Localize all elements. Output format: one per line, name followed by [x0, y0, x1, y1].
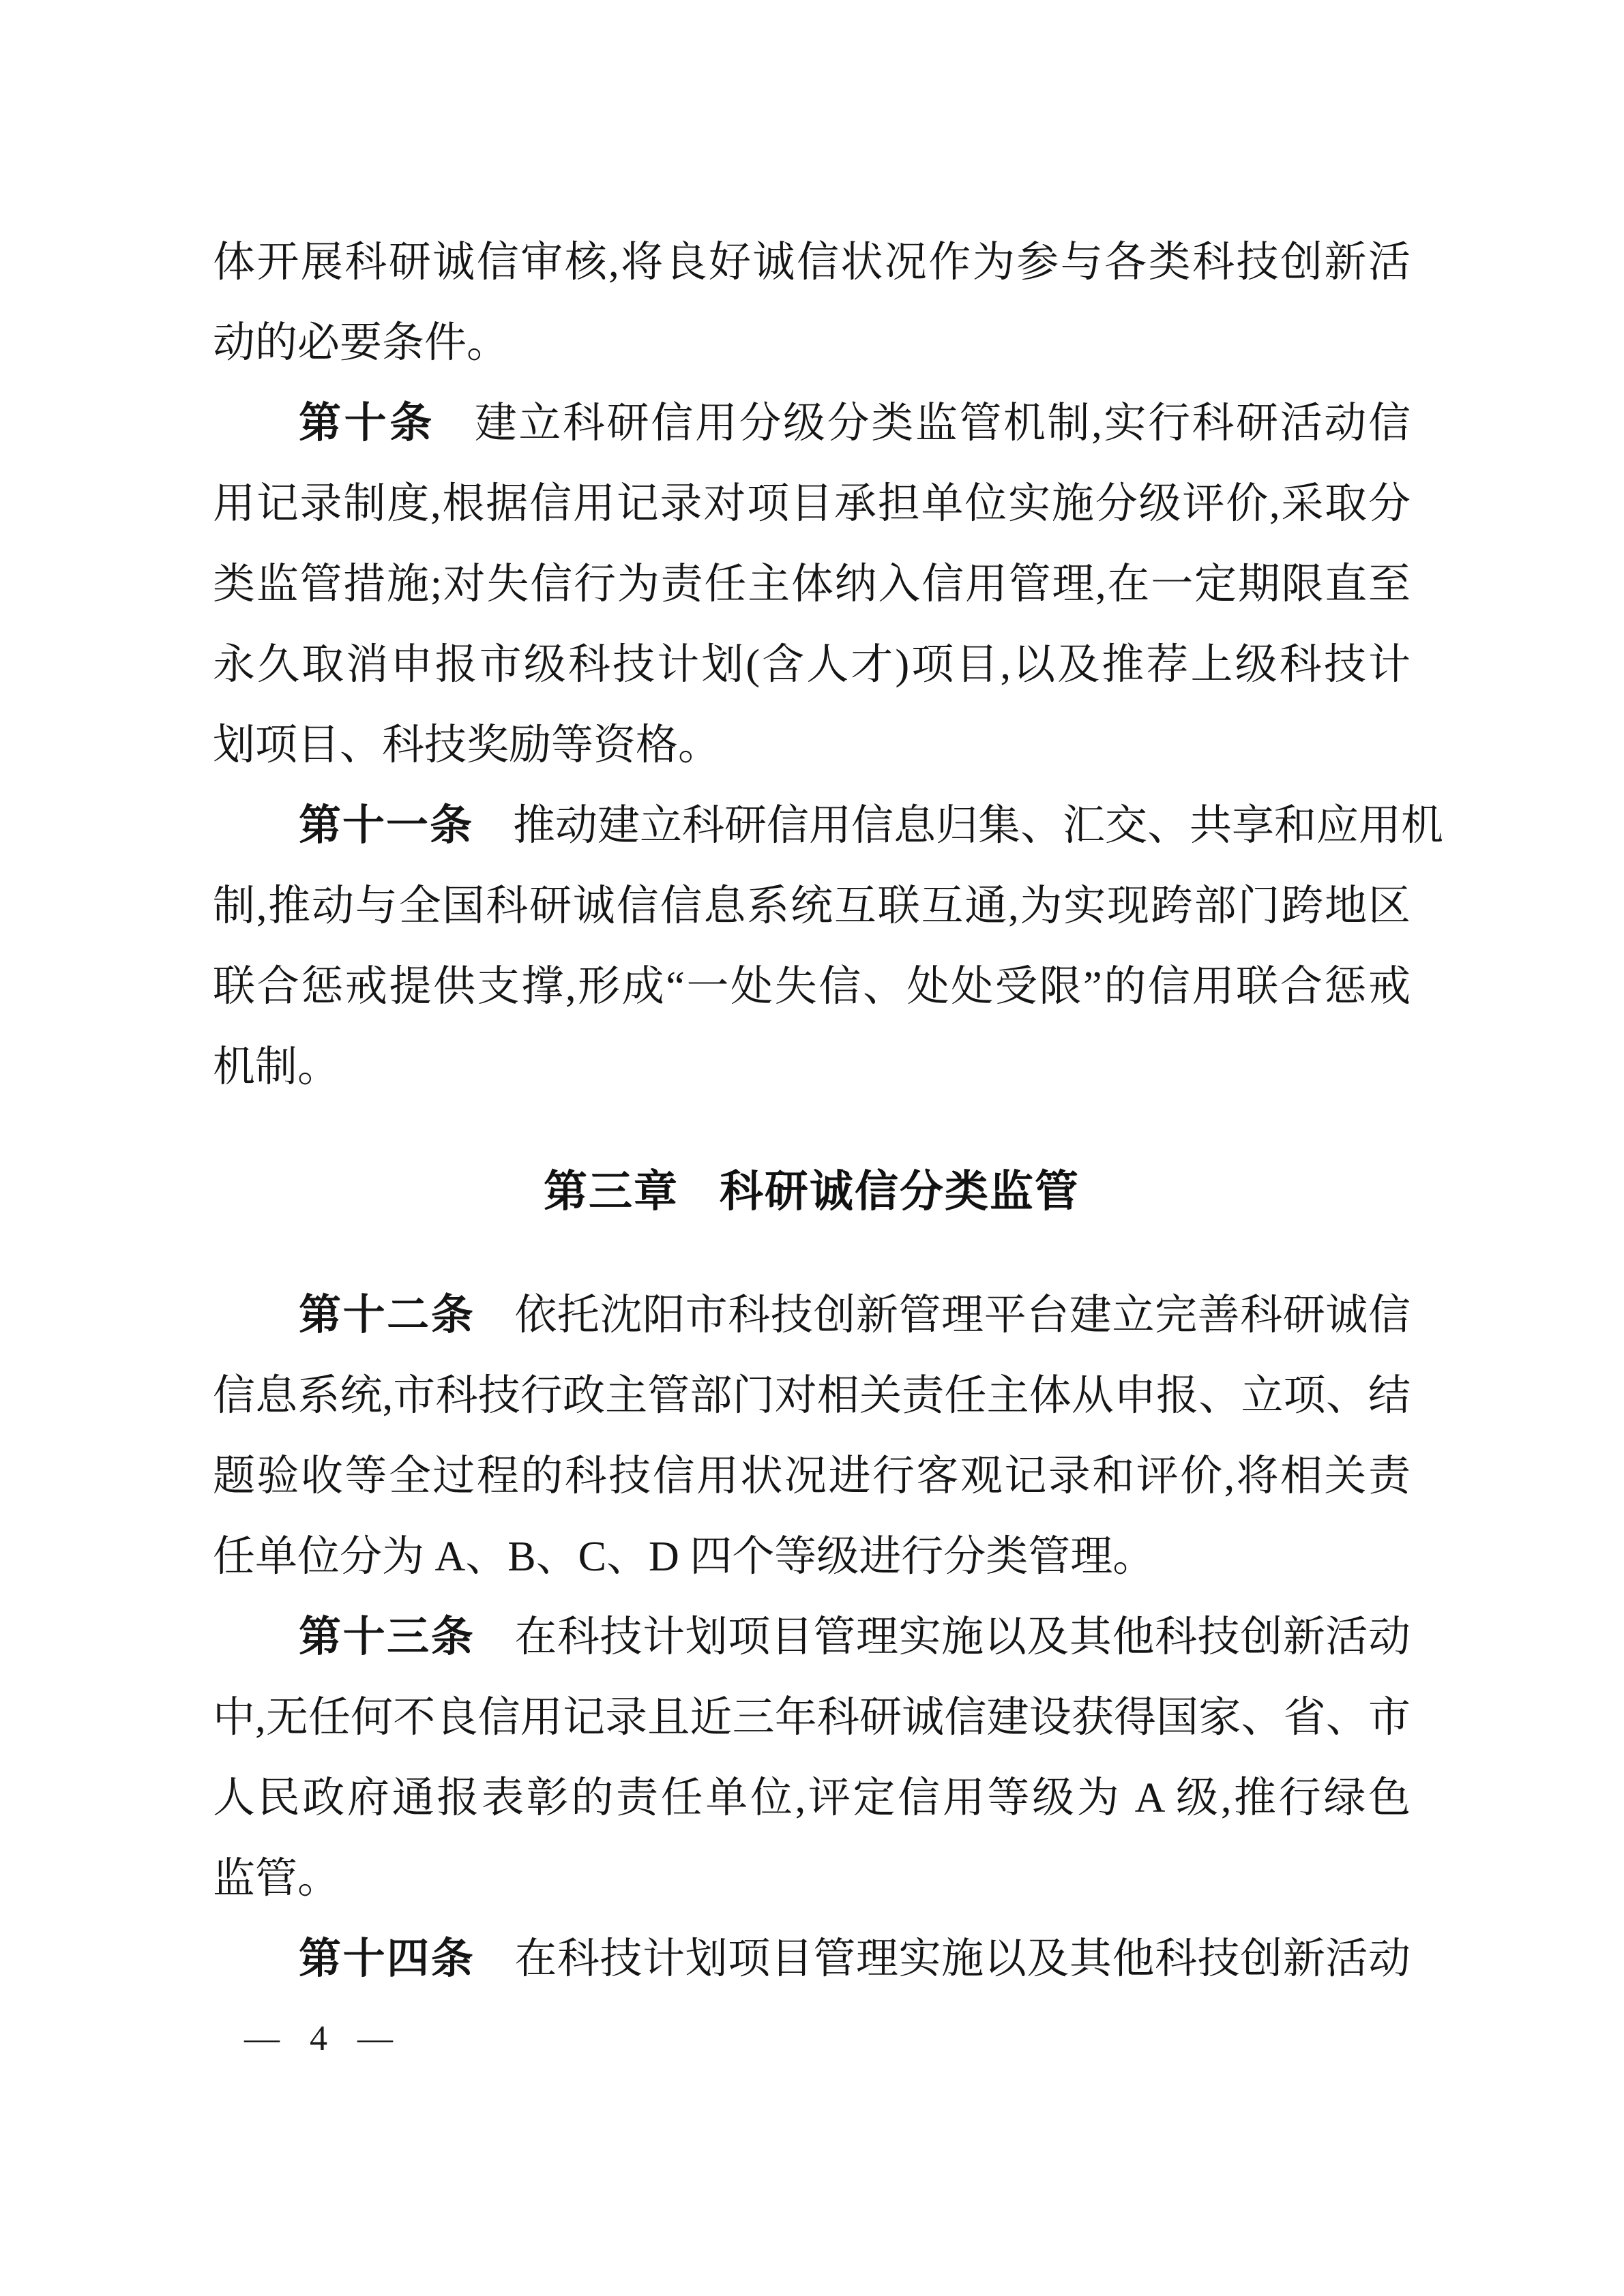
article-text: 推动建立科研信用信息归集、汇交、共享和应用机 — [513, 803, 1443, 849]
paragraph-article-12: 第十二条依托沈阳市科技创新管理平台建立完善科研诚信 信息系统,市科技行政主管部门… — [213, 1275, 1411, 1597]
paragraph-article-11: 第十一条推动建立科研信用信息归集、汇交、共享和应用机 制,推动与全国科研诚信信息… — [213, 786, 1411, 1107]
paragraph-article-14: 第十四条在科技计划项目管理实施以及其他科技创新活动 — [213, 1919, 1411, 1999]
page-number: 4 — [310, 2019, 327, 2058]
body-line: 监管。 — [213, 1838, 1411, 1919]
footer-dash-right: — — [357, 2019, 393, 2058]
body-line: 联合惩戒提供支撑,形成“一处失信、处处受限”的信用联合惩戒 — [213, 946, 1411, 1027]
article-text: 建立科研信用分级分类监管机制,实行科研活动信 — [475, 400, 1411, 447]
body-line: 永久取消申报市级科技计划(含人才)项目,以及推荐上级科技计 — [213, 625, 1411, 705]
paragraph-continuation: 体开展科研诚信审核,将良好诚信状况作为参与各类科技创新活 动的必要条件。 — [213, 222, 1411, 383]
body-line: 第十三条在科技计划项目管理实施以及其他科技创新活动 — [213, 1597, 1411, 1678]
body-line: 划项目、科技奖励等资格。 — [213, 705, 1411, 786]
body-line: 用记录制度,根据信用记录对项目承担单位实施分级评价,采取分 — [213, 464, 1411, 544]
body-line: 动的必要条件。 — [213, 303, 1411, 383]
article-number-label: 第十三条 — [299, 1613, 475, 1660]
body-line: 类监管措施;对失信行为责任主体纳入信用管理,在一定期限直至 — [213, 544, 1411, 625]
body-line: 制,推动与全国科研诚信信息系统互联互通,为实现跨部门跨地区 — [213, 866, 1411, 946]
document-body: 体开展科研诚信审核,将良好诚信状况作为参与各类科技创新活 动的必要条件。 第十条… — [213, 222, 1411, 1999]
chapter-number: 第三章 — [544, 1167, 679, 1216]
chapter-title: 科研诚信分类监管 — [720, 1167, 1080, 1216]
article-text: 在科技计划项目管理实施以及其他科技创新活动 — [514, 1936, 1411, 1982]
body-line: 第十二条依托沈阳市科技创新管理平台建立完善科研诚信 — [213, 1275, 1411, 1356]
body-line: 题验收等全过程的科技信用状况进行客观记录和评价,将相关责 — [213, 1436, 1411, 1517]
paragraph-article-13: 第十三条在科技计划项目管理实施以及其他科技创新活动 中,无任何不良信用记录且近三… — [213, 1597, 1411, 1919]
paragraph-article-10: 第十条建立科研信用分级分类监管机制,实行科研活动信 用记录制度,根据信用记录对项… — [213, 383, 1411, 786]
body-line: 中,无任何不良信用记录且近三年科研诚信建设获得国家、省、市 — [213, 1678, 1411, 1758]
body-line: 机制。 — [213, 1027, 1411, 1107]
body-line: 体开展科研诚信审核,将良好诚信状况作为参与各类科技创新活 — [213, 222, 1411, 303]
footer-dash-left: — — [244, 2019, 280, 2058]
article-number-label: 第十四条 — [299, 1935, 475, 1982]
body-line: 任单位分为 A、B、C、D 四个等级进行分类管理。 — [213, 1517, 1411, 1597]
body-line: 第十四条在科技计划项目管理实施以及其他科技创新活动 — [213, 1919, 1411, 1999]
article-text: 在科技计划项目管理实施以及其他科技创新活动 — [514, 1614, 1411, 1660]
chapter-heading: 第三章科研诚信分类监管 — [213, 1151, 1411, 1232]
body-line: 第十一条推动建立科研信用信息归集、汇交、共享和应用机 — [213, 786, 1411, 866]
article-number-label: 第十二条 — [299, 1292, 475, 1339]
article-number-label: 第十条 — [299, 400, 435, 447]
body-line: 人民政府通报表彰的责任单位,评定信用等级为 A 级,推行绿色 — [213, 1758, 1411, 1838]
body-line: 第十条建立科研信用分级分类监管机制,实行科研活动信 — [213, 383, 1411, 464]
article-number-label: 第十一条 — [299, 802, 473, 849]
page-footer: —4— — [244, 2010, 393, 2068]
article-text: 依托沈阳市科技创新管理平台建立完善科研诚信 — [514, 1292, 1411, 1339]
body-line: 信息系统,市科技行政主管部门对相关责任主体从申报、立项、结 — [213, 1356, 1411, 1436]
document-page: 体开展科研诚信审核,将良好诚信状况作为参与各类科技创新活 动的必要条件。 第十条… — [0, 0, 1624, 2296]
